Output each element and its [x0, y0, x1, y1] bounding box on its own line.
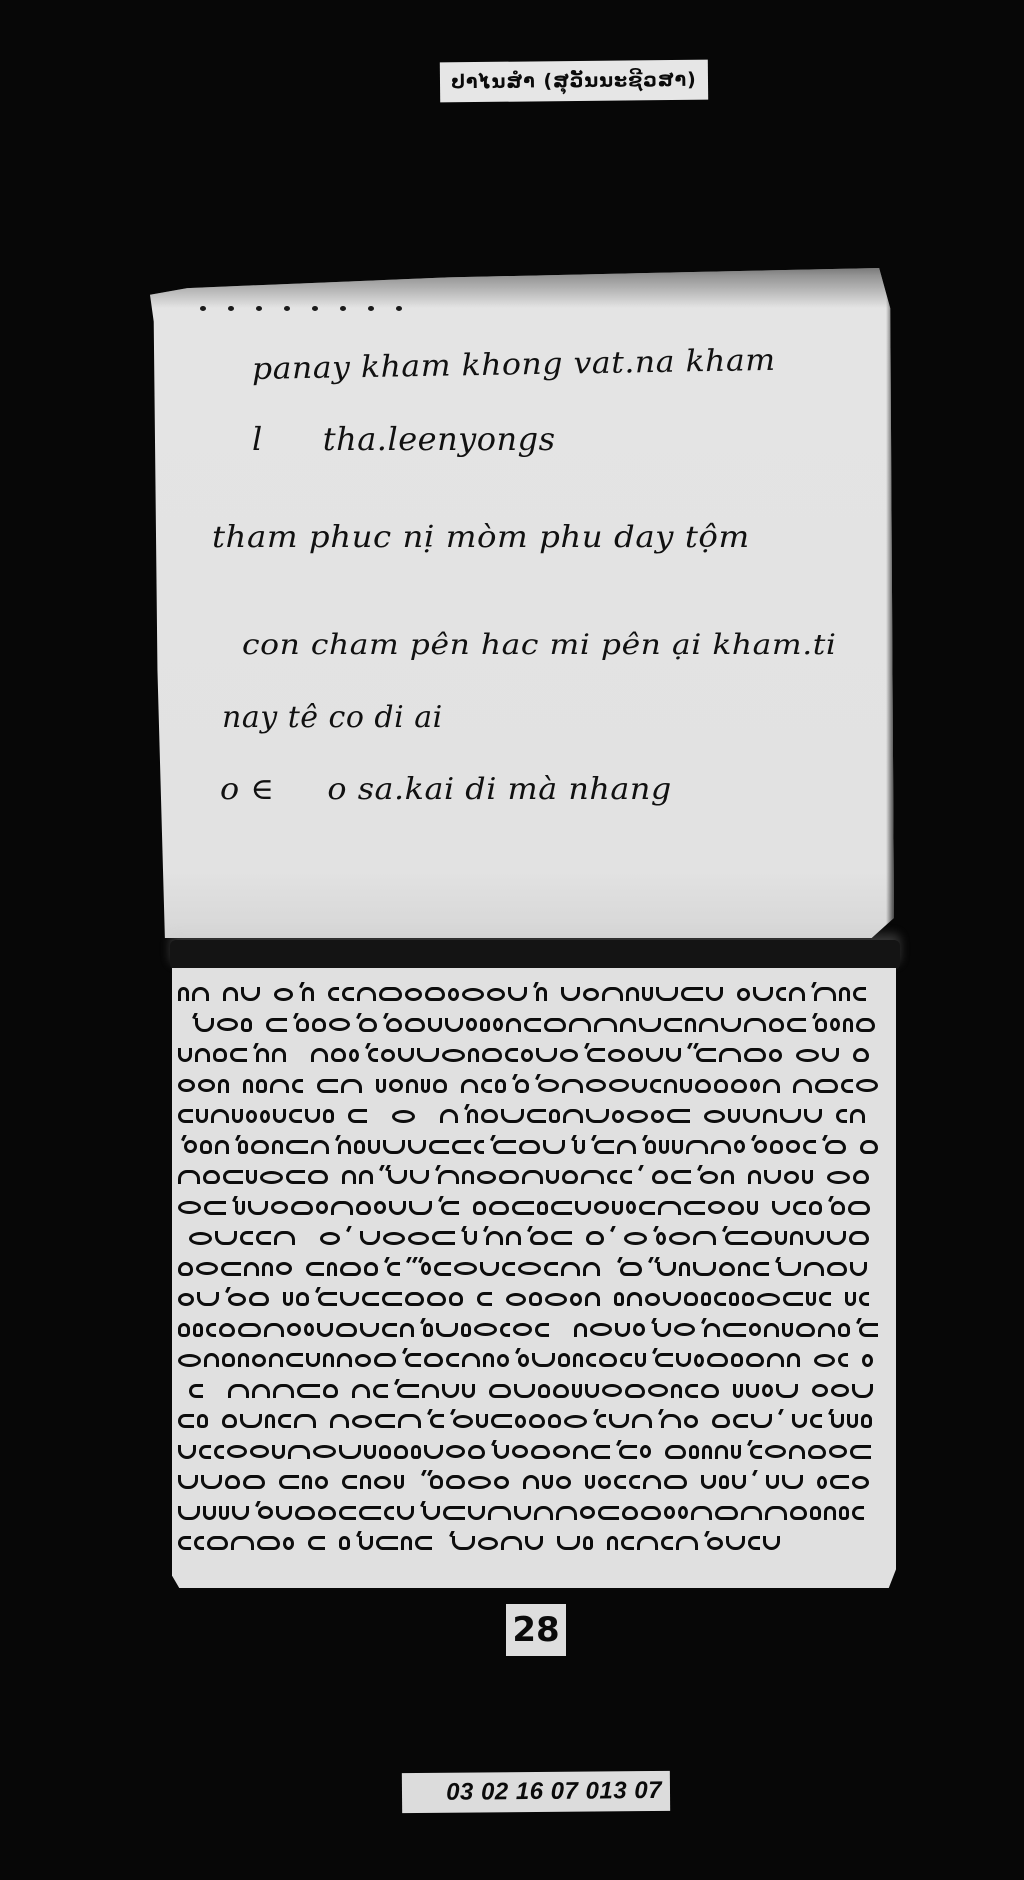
manuscript-line: [178, 982, 878, 1006]
manuscript-line: [178, 1409, 878, 1433]
collection-title-text: ປາໄນສໍາ (ສຸວັນນະຊີວສາ): [451, 69, 697, 94]
lower-page-manuscript: [172, 968, 896, 1588]
manuscript-line: [178, 1531, 798, 1555]
handwritten-line-1: panay kham khong vat.na kham: [252, 343, 776, 387]
line-marker: l: [252, 420, 263, 458]
handwritten-line-3: tham phuc nị mòm phu day tộm: [212, 520, 750, 555]
manuscript-line: [178, 1348, 878, 1372]
manuscript-line: [178, 1074, 878, 1098]
page-edge-shadow: [150, 268, 894, 308]
binding-fold: [170, 940, 900, 970]
manuscript-line: [178, 1226, 878, 1250]
handwritten-line-5: nay tê co di ai: [222, 700, 443, 735]
handwritten-line-2: ltha.leenyongs: [252, 420, 556, 458]
manuscript-line: [178, 1287, 878, 1311]
page-right-edge: [886, 288, 894, 925]
manuscript-line: [178, 1043, 878, 1067]
upper-page-transcription: panay kham khong vat.na kham ltha.leenyo…: [150, 268, 894, 938]
manuscript-line: [178, 1257, 878, 1281]
manuscript-line: [178, 1470, 878, 1494]
manuscript-line: [178, 1318, 878, 1342]
manuscript-line: [178, 1196, 878, 1220]
manuscript-line: [178, 1501, 878, 1525]
line-marker: o ∈: [220, 772, 274, 807]
manuscript-line: [178, 1104, 878, 1128]
handwritten-line-4: con cham pên hac mi pên ại kham.ti: [242, 628, 837, 661]
collection-title-label: ປາໄນສໍາ (ສຸວັນນະຊີວສາ): [440, 60, 708, 103]
manuscript-line: [178, 1165, 878, 1189]
archive-code-label: 03 02 16 07 013 07: [402, 1771, 670, 1813]
handwritten-line-6: o ∈o sa.kai di mà nhang: [220, 772, 672, 807]
binding-holes: [200, 306, 402, 311]
manuscript-line: [178, 1013, 878, 1037]
manuscript-line: [178, 1135, 878, 1159]
manuscript-line: [178, 1379, 878, 1403]
manuscript-line: [178, 1440, 878, 1464]
page-number-label: 28: [506, 1604, 566, 1656]
